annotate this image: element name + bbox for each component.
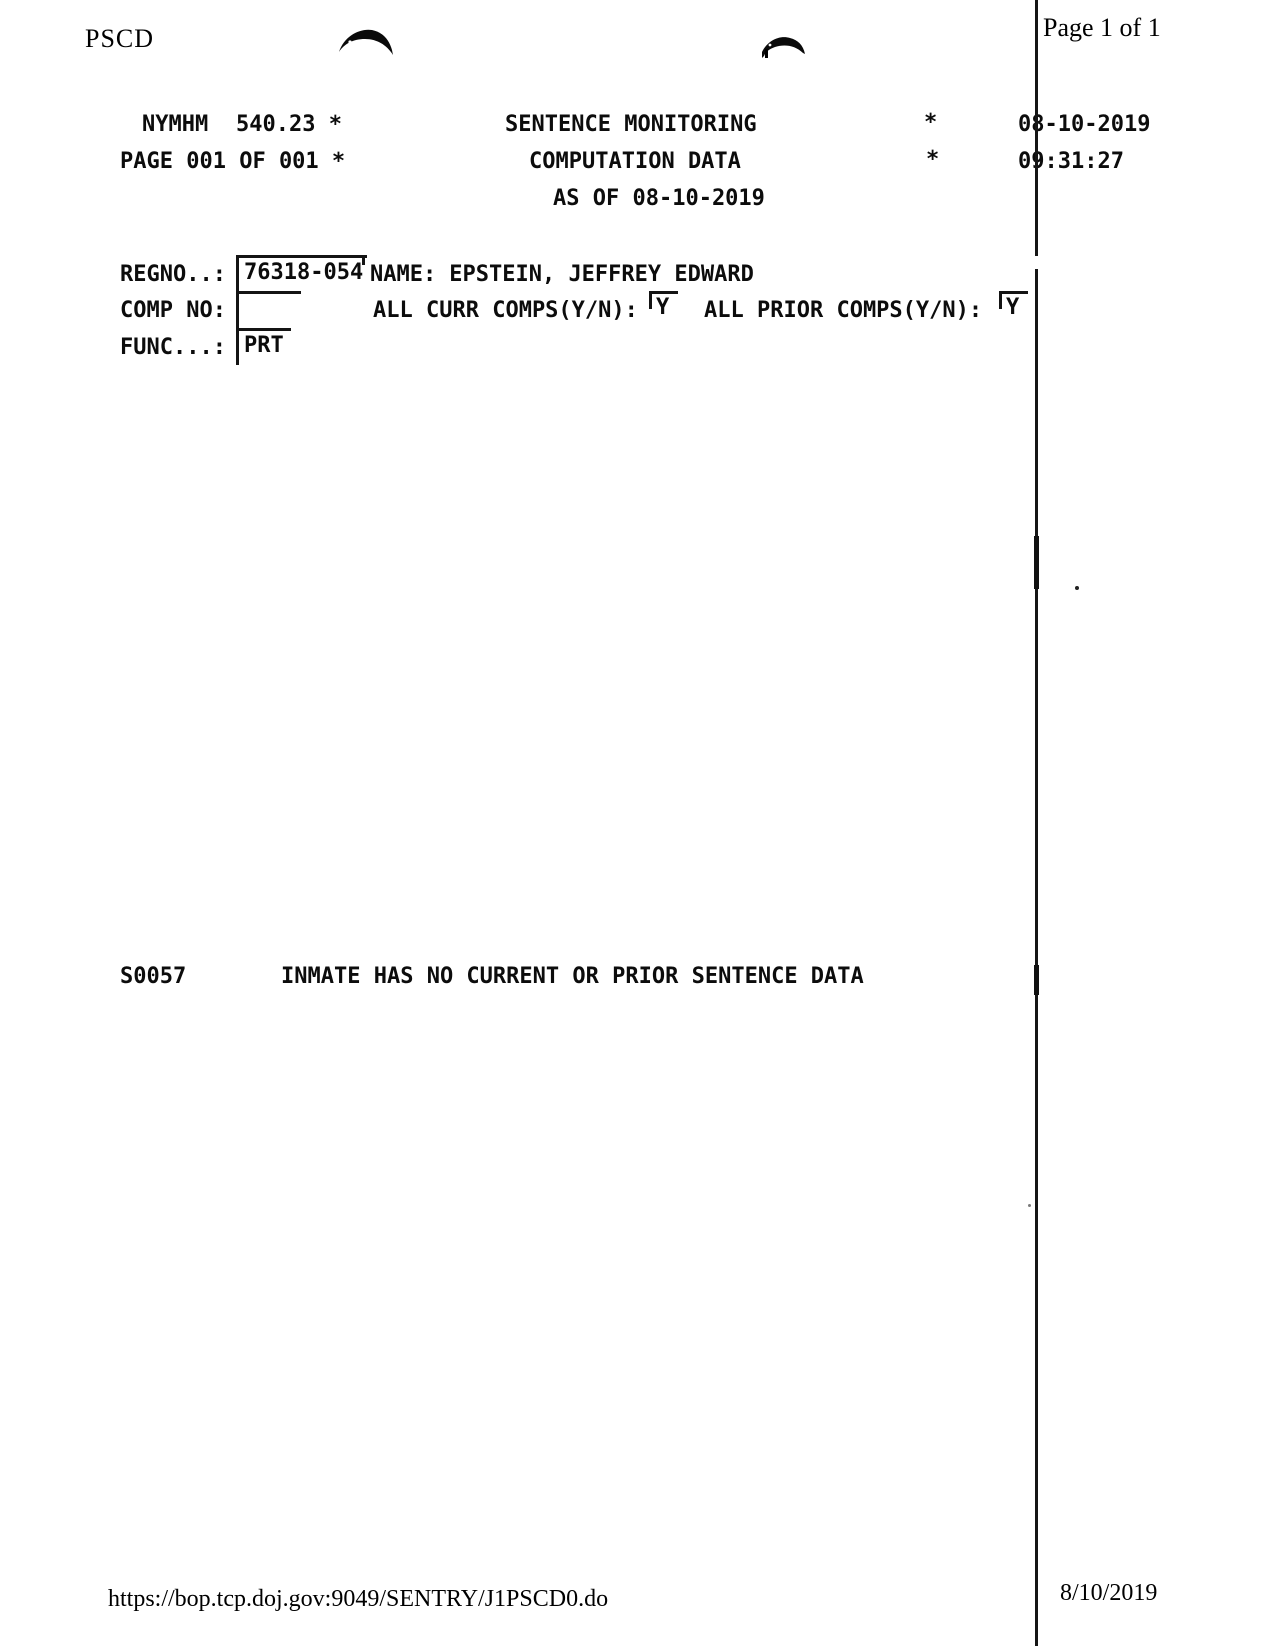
scanned-printout-page: { "print": { "app_title": "PSCD", "page_… — [0, 0, 1270, 1646]
divider-thick-segment-2 — [1034, 965, 1039, 995]
divider-thick-segment-1 — [1034, 536, 1039, 589]
report-title-line2: COMPUTATION DATA — [529, 149, 741, 175]
scan-speck-artifact-2 — [1028, 1204, 1031, 1207]
name-value: EPSTEIN, JEFFREY EDWARD — [449, 262, 754, 287]
regno-field: 76318-054 — [236, 255, 367, 292]
all-prior-comps-field: Y — [999, 291, 1028, 309]
ink-smudge-artifact-2 — [760, 36, 806, 63]
ink-smudge-artifact-1 — [338, 28, 394, 60]
func-label: FUNC...: — [120, 335, 226, 361]
print-footer-url: https://bop.tcp.doj.gov:9049/SENTRY/J1PS… — [108, 1584, 608, 1614]
report-title-line3: AS OF 08-10-2019 — [553, 186, 765, 212]
page-margin-divider-top — [1035, 0, 1038, 256]
regno-value: 76318-054 — [239, 258, 367, 286]
comp-no-label: COMP NO: — [120, 298, 226, 324]
page-indicator: PAGE 001 OF 001 * — [120, 149, 345, 175]
all-curr-comps-field: Y — [649, 291, 678, 309]
all-prior-comps-value: Y — [1002, 294, 1028, 321]
comp-no-value — [239, 294, 301, 296]
name-label: NAME: — [370, 262, 436, 287]
report-time: 09:31:27 — [1018, 149, 1124, 175]
all-curr-comps-value: Y — [652, 294, 678, 321]
page-margin-divider-bottom — [1035, 269, 1038, 1646]
func-value: PRT — [239, 331, 291, 359]
system-code: NYMHM — [142, 112, 208, 138]
separator-star-top: * — [924, 110, 937, 136]
func-field: PRT — [236, 328, 291, 365]
regno-field-right-tick — [362, 255, 365, 265]
all-curr-comps-label: ALL CURR COMPS(Y/N): — [373, 298, 638, 324]
regno-label: REGNO..: — [120, 262, 226, 288]
print-header-page-count: Page 1 of 1 — [1043, 13, 1161, 43]
message-text: INMATE HAS NO CURRENT OR PRIOR SENTENCE … — [281, 964, 864, 990]
name-line: NAME:EPSTEIN, JEFFREY EDWARD — [370, 262, 754, 288]
print-footer-date: 8/10/2019 — [1060, 1578, 1157, 1608]
all-prior-comps-label: ALL PRIOR COMPS(Y/N): — [704, 298, 982, 324]
print-header-app-title: PSCD — [85, 24, 154, 54]
message-code: S0057 — [120, 964, 186, 990]
separator-star-bottom: * — [926, 147, 939, 173]
comp-no-field — [236, 291, 301, 328]
scan-speck-artifact-1 — [1075, 586, 1079, 590]
screen-number: 540.23 * — [236, 112, 342, 138]
report-title-line1: SENTENCE MONITORING — [505, 112, 757, 138]
